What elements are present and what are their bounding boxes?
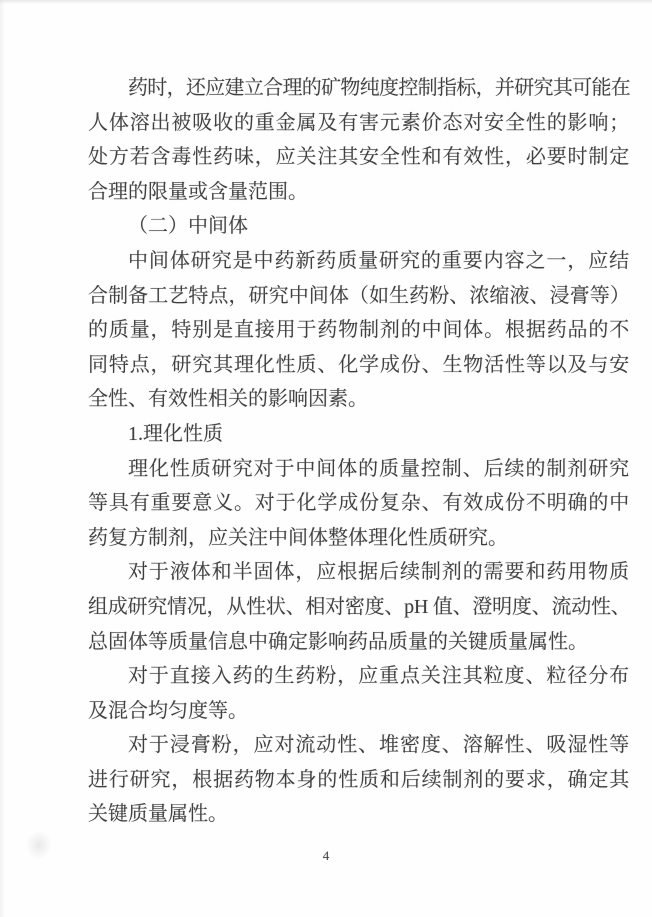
text-line: 人体溶出被吸收的重金属及有害元素价态对安全性的影响； — [88, 106, 630, 141]
text-line: 对于液体和半固体，应根据后续制剂的需要和药用物质 — [88, 555, 630, 590]
text-line: 总固体等质量信息中确定影响药品质量的关键质量属性。 — [88, 625, 630, 660]
document-body: 药时，还应建立合理的矿物纯度控制指标，并研究其可能在人体溶出被吸收的重金属及有害… — [88, 71, 630, 832]
text-line: 合制备工艺特点，研究中间体（如生药粉、浓缩液、浸膏等） — [88, 279, 630, 314]
text-line: 理化性质研究对于中间体的质量控制、后续的制剂研究 — [88, 452, 630, 487]
text-line: 药复方制剂，应关注中间体整体理化性质研究。 — [88, 521, 630, 556]
text-line: 处方若含毒性药味，应关注其安全性和有效性，必要时制定 — [88, 140, 630, 175]
text-line: 药时，还应建立合理的矿物纯度控制指标，并研究其可能在 — [88, 71, 630, 106]
document-page: 药时，还应建立合理的矿物纯度控制指标，并研究其可能在人体溶出被吸收的重金属及有害… — [0, 0, 652, 917]
text-line: 组成研究情况，从性状、相对密度、pH 值、澄明度、流动性、 — [88, 590, 630, 625]
text-line: 同特点，研究其理化性质、化学成份、生物活性等以及与安 — [88, 348, 630, 383]
text-line: 及混合均匀度等。 — [88, 694, 630, 729]
text-line: 等具有重要意义。对于化学成份复杂、有效成份不明确的中 — [88, 486, 630, 521]
text-line: 中间体研究是中药新药质量研究的重要内容之一，应结 — [88, 244, 630, 279]
section-heading: （二）中间体 — [88, 209, 630, 244]
text-line: 全性、有效性相关的影响因素。 — [88, 382, 630, 417]
page-number: 4 — [0, 848, 652, 864]
text-line: 对于浸膏粉，应对流动性、堆密度、溶解性、吸湿性等 — [88, 728, 630, 763]
text-line: 对于直接入药的生药粉，应重点关注其粒度、粒径分布 — [88, 659, 630, 694]
text-line: 合理的限量或含量范围。 — [88, 175, 630, 210]
text-line: 关键质量属性。 — [88, 797, 630, 832]
section-heading: 1.理化性质 — [88, 417, 630, 452]
text-line: 进行研究，根据药物本身的性质和后续制剂的要求，确定其 — [88, 763, 630, 798]
text-line: 的质量，特别是直接用于药物制剂的中间体。根据药品的不 — [88, 313, 630, 348]
